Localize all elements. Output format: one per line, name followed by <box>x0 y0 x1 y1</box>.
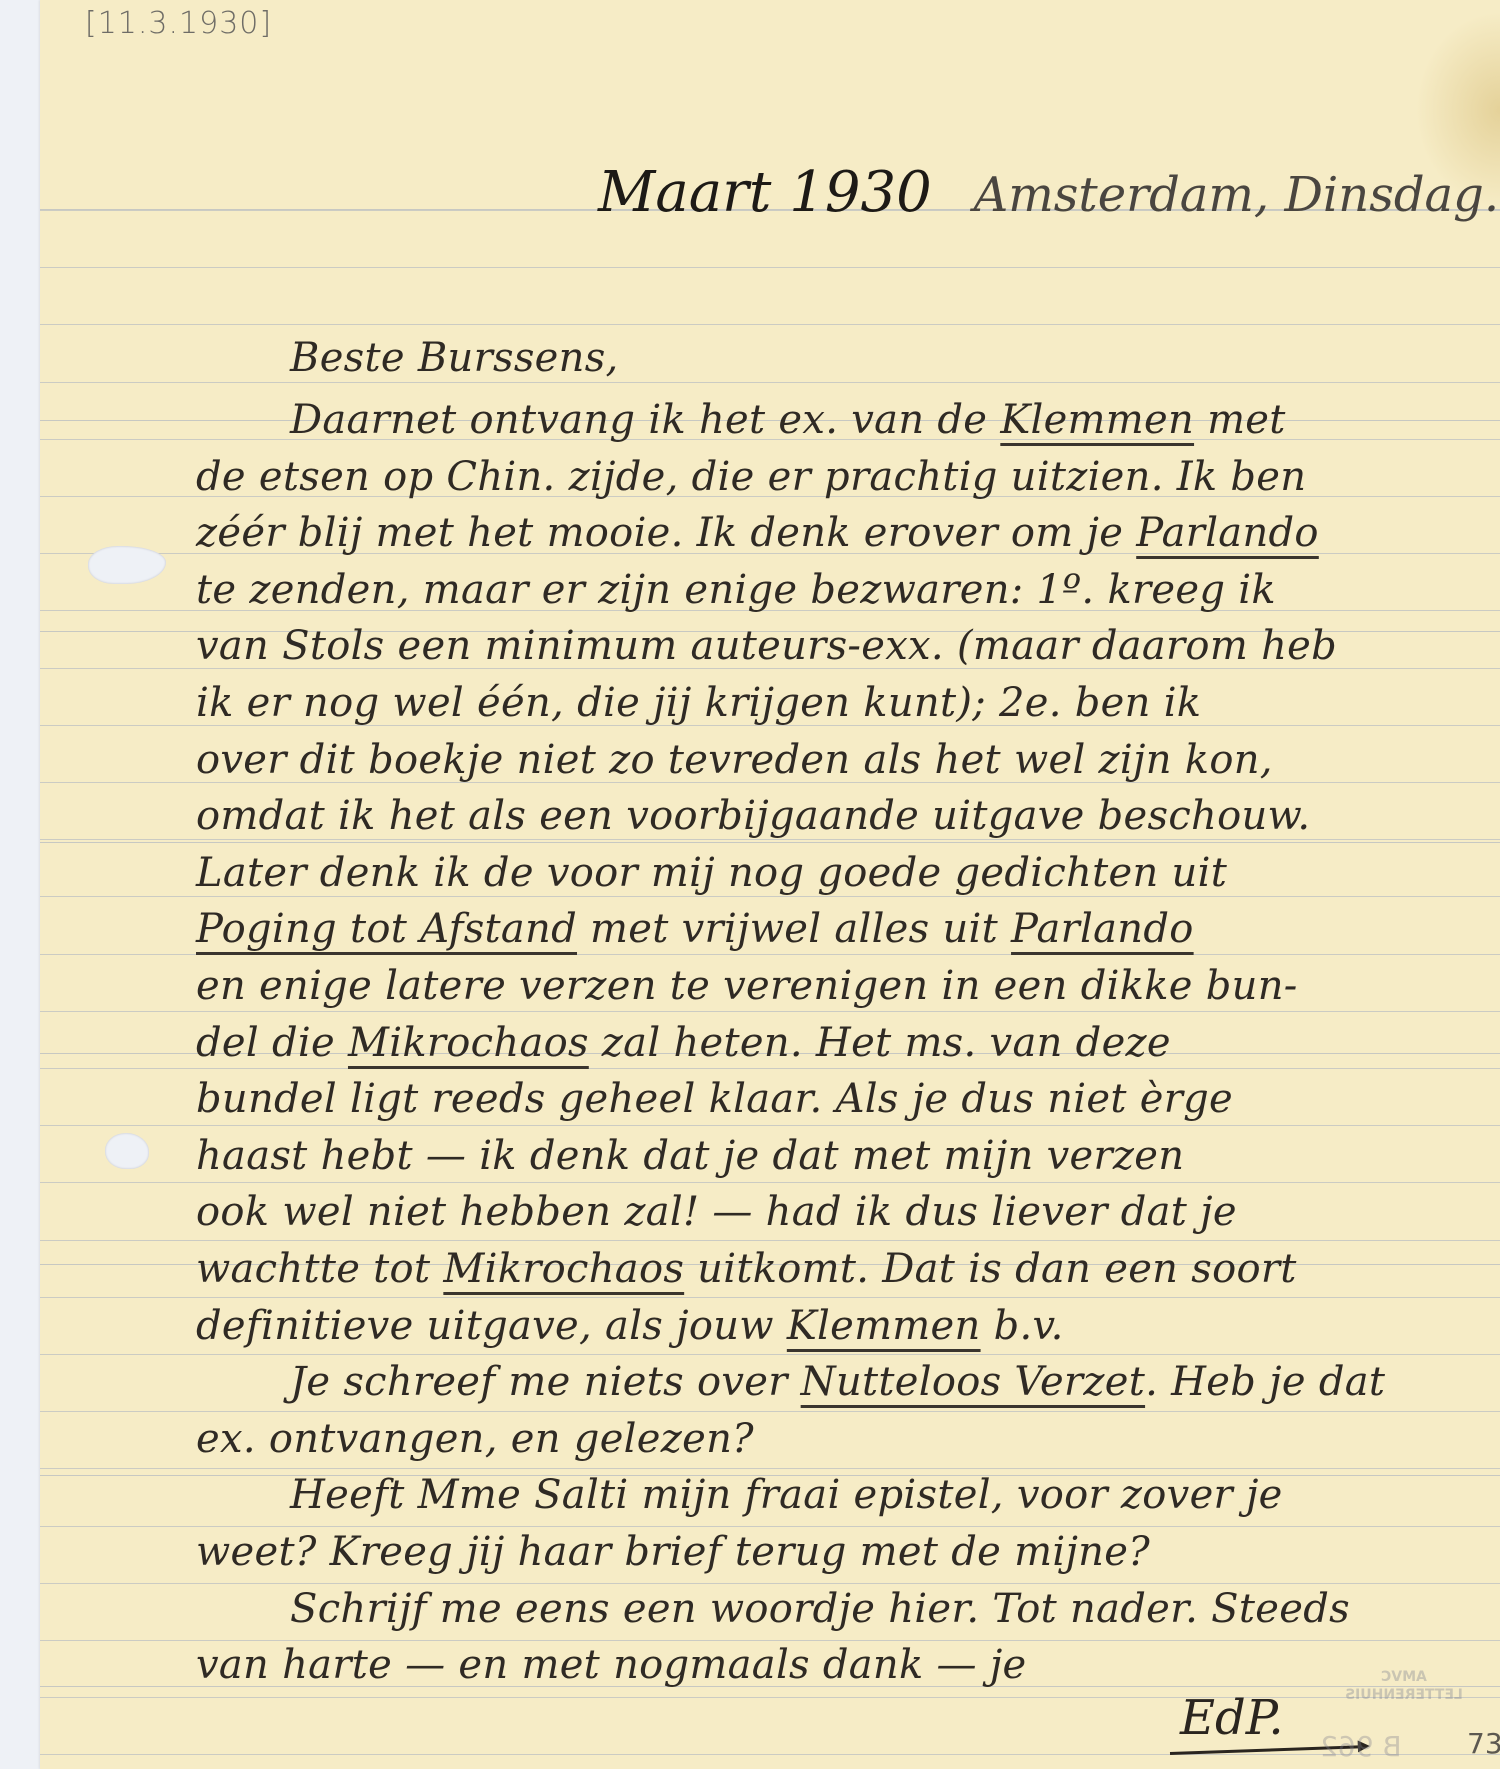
letter-line: te zenden, maar er zijn enige bezwaren: … <box>196 570 1276 610</box>
line-text: van Stols een minimum auteurs-exx. (maar… <box>196 623 1337 669</box>
letter-line: Later denk ik de voor mij nog goede gedi… <box>196 853 1227 893</box>
letter-line: ik er nog wel één, die jij krijgen kunt)… <box>196 683 1201 723</box>
letter-line: haast hebt — ik denk dat je dat met mijn… <box>196 1136 1184 1176</box>
ruled-line <box>40 1526 1500 1527</box>
underlined-title: Klemmen <box>787 1303 981 1349</box>
letter-line: ex. ontvangen, en gelezen? <box>196 1419 754 1459</box>
line-text: te zenden, maar er zijn enige bezwaren: … <box>196 567 1276 613</box>
line-text: de etsen op Chin. zijde, die er prachtig… <box>196 454 1306 500</box>
ruled-line <box>40 1468 1500 1469</box>
letter-line: van harte — en met nogmaals dank — je <box>196 1645 1027 1685</box>
letter-line: weet? Kreeg jij haar brief terug met de … <box>196 1532 1150 1572</box>
line-text: Je schreef me niets over <box>290 1359 801 1405</box>
letter-line: van Stols een minimum auteurs-exx. (maar… <box>196 626 1337 666</box>
archive-date-note: [11.3.1930] <box>85 6 272 41</box>
letter-place-day: Amsterdam, Dinsdag. <box>974 167 1500 223</box>
line-text: ex. ontvangen, en gelezen? <box>196 1416 754 1462</box>
underlined-title: Mikrochaos <box>443 1246 684 1292</box>
underlined-title: Parlando <box>1011 906 1194 952</box>
ruled-line <box>40 1640 1500 1641</box>
signature: EdP. <box>1180 1690 1284 1746</box>
ruled-line <box>40 1125 1500 1126</box>
line-text: del die <box>196 1020 348 1066</box>
line-text: Schrijf me eens een woordje hier. Tot na… <box>290 1586 1350 1632</box>
line-text: uitkomt. Dat is dan een soort <box>684 1246 1296 1292</box>
punch-hole-bottom <box>105 1133 149 1169</box>
ruled-line <box>40 954 1500 955</box>
line-text: met vrijwel alles uit <box>577 906 1011 952</box>
underlined-title: Poging tot Afstand <box>196 906 577 952</box>
ruled-line <box>40 1411 1500 1412</box>
ruled-line <box>40 1068 1500 1069</box>
line-text: over dit boekje niet zo tevreden als het… <box>196 737 1273 783</box>
underlined-title: Mikrochaos <box>348 1020 589 1066</box>
ruled-line <box>40 267 1500 268</box>
letter-line: Schrijf me eens een woordje hier. Tot na… <box>290 1589 1350 1629</box>
line-text: omdat ik het als een voorbijgaande uitga… <box>196 793 1310 839</box>
letter-line: zéér blij met het mooie. Ik denk erover … <box>196 513 1319 553</box>
letter-line: en enige latere verzen te verenigen in e… <box>196 966 1298 1006</box>
letter-line: Daarnet ontvang ik het ex. van de Klemme… <box>290 400 1286 440</box>
inventory-number: B 962 <box>1320 1730 1402 1763</box>
line-text: met <box>1194 397 1286 443</box>
letter-line: definitieve uitgave, als jouw Klemmen b.… <box>196 1306 1064 1346</box>
letter-line: over dit boekje niet zo tevreden als het… <box>196 740 1273 780</box>
line-text: Heeft Mme Salti mijn fraai epistel, voor… <box>290 1472 1283 1518</box>
letter-line: bundel ligt reeds geheel klaar. Als je d… <box>196 1079 1233 1119</box>
line-text: ook wel niet hebben zal! — had ik dus li… <box>196 1189 1237 1235</box>
line-text: b.v. <box>981 1303 1064 1349</box>
underlined-title: Nutteloos Verzet <box>801 1359 1145 1405</box>
line-text: definitieve uitgave, als jouw <box>196 1303 787 1349</box>
line-text: bundel ligt reeds geheel klaar. Als je d… <box>196 1076 1233 1122</box>
ruled-line <box>40 839 1500 840</box>
line-text: haast hebt — ik denk dat je dat met mijn… <box>196 1133 1184 1179</box>
folio-number: 73 <box>1467 1727 1500 1760</box>
letter-line: wachtte tot Mikrochaos uitkomt. Dat is d… <box>196 1249 1297 1289</box>
ruled-line <box>40 1011 1500 1012</box>
letter-line: Je schreef me niets over Nutteloos Verze… <box>290 1362 1385 1402</box>
ruled-line <box>40 896 1500 897</box>
salutation: Beste Burssens, <box>290 338 619 378</box>
ruled-line <box>40 1354 1500 1355</box>
ruled-line <box>40 1583 1500 1584</box>
letter-line: Heeft Mme Salti mijn fraai epistel, voor… <box>290 1475 1283 1515</box>
letter-heading: Maart 1930 Amsterdam, Dinsdag. <box>598 160 1499 225</box>
line-text: wachtte tot <box>196 1246 443 1292</box>
ruled-line <box>40 1297 1500 1298</box>
ruled-line <box>40 1182 1500 1183</box>
letter-line: de etsen op Chin. zijde, die er prachtig… <box>196 457 1306 497</box>
letter-line: ook wel niet hebben zal! — had ik dus li… <box>196 1192 1237 1232</box>
line-text: Daarnet ontvang ik het ex. van de <box>290 397 1000 443</box>
letter-line: omdat ik het als een voorbijgaande uitga… <box>196 796 1310 836</box>
letter-line: del die Mikrochaos zal heten. Het ms. va… <box>196 1023 1171 1063</box>
ruled-line <box>40 382 1500 383</box>
line-text: ik er nog wel één, die jij krijgen kunt)… <box>196 680 1201 726</box>
line-text: Later denk ik de voor mij nog goede gedi… <box>196 850 1227 896</box>
underlined-title: Parlando <box>1136 510 1319 556</box>
archive-stamp-line1: AMVC <box>1345 1668 1463 1686</box>
line-text: . Heb je dat <box>1145 1359 1385 1405</box>
line-text: zal heten. Het ms. van deze <box>589 1020 1171 1066</box>
letter-line: Poging tot Afstand met vrijwel alles uit… <box>196 909 1194 949</box>
archive-stamp: AMVC LETTERENHUIS <box>1345 1668 1463 1704</box>
ruled-line <box>40 324 1500 325</box>
line-text: zéér blij met het mooie. Ik denk erover … <box>196 510 1136 556</box>
line-text: en enige latere verzen te verenigen in e… <box>196 963 1298 1009</box>
letter-date: Maart 1930 <box>598 160 932 225</box>
archive-stamp-line2: LETTERENHUIS <box>1345 1686 1463 1704</box>
underlined-title: Klemmen <box>1000 397 1194 443</box>
ruled-line <box>40 1754 1500 1755</box>
line-text: van harte — en met nogmaals dank — je <box>196 1642 1027 1688</box>
ruled-line <box>40 1240 1500 1241</box>
line-text: weet? Kreeg jij haar brief terug met de … <box>196 1529 1150 1575</box>
